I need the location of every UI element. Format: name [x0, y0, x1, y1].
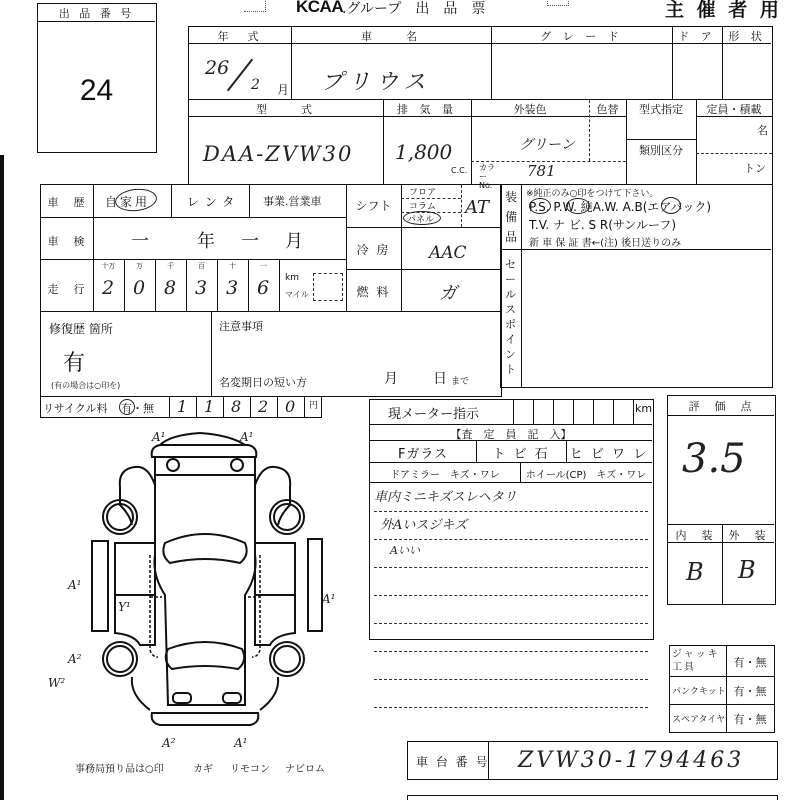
meter-unit: km [635, 402, 652, 415]
mark-left-sill: Y¹ [118, 600, 131, 614]
office-item-remote[interactable]: リモコン [230, 760, 270, 775]
form-title: .グループ 出 品 票 [342, 0, 485, 18]
color-no-value: 781 [527, 162, 556, 180]
shift-label: シフト [346, 197, 401, 214]
fuel-value: ガ [439, 279, 457, 305]
sales-point-label: セールスポイント [505, 257, 518, 377]
mark-right-door: A¹ [321, 592, 335, 606]
car-damage-diagram[interactable]: A¹ A¹ A¹ Y¹ A¹ A² W² A² A¹ [40, 425, 360, 755]
mileage-label: 走 行 [41, 281, 93, 297]
equip-ps-circle[interactable] [529, 198, 551, 214]
color-value: グリーン [519, 134, 575, 154]
inspector-note-3: Aいい [390, 542, 420, 558]
accessory-jack-label: ジャッキ工具 [672, 648, 724, 674]
month-value: 2 [251, 77, 260, 93]
lot-number-value: 24 [38, 74, 155, 108]
mileage-digit-label: 百 [186, 261, 217, 271]
scan-edge [0, 155, 4, 800]
bottom-table-edge [407, 795, 778, 800]
repair-value: 有 [63, 346, 85, 377]
accessory-puncture-value[interactable]: 有・無 [726, 683, 774, 699]
fuel-label: 燃 料 [346, 283, 401, 300]
usage-option-rental[interactable]: レンタ [187, 193, 240, 210]
repair-label: 修復歴 箇所 [49, 320, 113, 337]
capacity-unit-persons: 名 [757, 122, 768, 138]
name-change-until: まで [451, 374, 469, 387]
mirror-label[interactable]: ドアミラー キズ・ワレ [370, 466, 520, 481]
recycle-digit: 2 [258, 397, 268, 416]
exterior-value: B [738, 556, 756, 584]
mileage-digit-label: 千 [155, 261, 186, 271]
door-label: ド ア [672, 28, 722, 44]
wheel-label[interactable]: ホイール(CP) キズ・ワレ [520, 466, 652, 481]
model-value: DAA-ZVW30 [203, 142, 353, 166]
score-box: 評 価 点 3.5 内 装 外 装 B B [667, 395, 776, 605]
displacement-unit: C.C. [451, 166, 467, 175]
name-change-month: 月 [384, 368, 398, 388]
recycle-unit: 円 [309, 398, 318, 411]
name-change-label: 名変期日の短い方 [219, 374, 307, 390]
shift-value: AT [465, 197, 489, 218]
score-value: 3.5 [682, 436, 746, 482]
recycle-selected-circle [119, 399, 135, 415]
equipment-label: 装備品 [504, 187, 518, 247]
mark-rear-left: A² [161, 736, 176, 750]
meter-label: 現メーター指示 [388, 403, 479, 422]
category-label: 類別区分 [626, 142, 696, 158]
car-name-value: プリウス [321, 65, 431, 96]
shift-option-floor[interactable]: フロア [409, 185, 436, 198]
sales-point-field[interactable] [525, 253, 769, 383]
mileage-digit: 6 [257, 277, 269, 299]
type-designation-label: 型式指定 [626, 101, 696, 117]
recycle-box: リサイクル料 有・無 11820 円 [40, 396, 322, 418]
inspector-note-1: 車内ミニキズスレヘタリ [374, 486, 517, 505]
office-item-navi[interactable]: ナビロム [285, 760, 325, 775]
accessories-box: ジャッキ工具 有・無 パンクキット 有・無 スペアタイヤ 有・無 [669, 645, 775, 733]
mileage-digit: 0 [133, 277, 145, 299]
ac-value: AAC [429, 243, 467, 263]
equipment-line-3: 新 車 保 証 書←(注) 後日送りのみ [529, 234, 681, 249]
chassis-label: 車 台 番 号 [416, 753, 489, 770]
header-checkbox-right [547, 0, 569, 6]
score-label: 評 価 点 [668, 398, 774, 414]
mileage-digit-label: 十 [217, 261, 248, 271]
mileage-digit-label: 一 [248, 261, 279, 271]
interior-value: B [686, 558, 704, 586]
office-items-label: 事務局預り品は○印 [75, 760, 164, 775]
accessory-puncture-label: パンクキット [672, 684, 726, 697]
equipment-line-1: P.S. P.W. 純A.W. A.B(エアバック) [529, 198, 711, 215]
mileage-digit: 3 [226, 277, 238, 299]
mark-left-door: A¹ [67, 578, 81, 592]
recycle-digit: 1 [204, 397, 214, 416]
shift-panel-circle [403, 211, 441, 225]
repair-caution-box: 修復歴 箇所 有 (有の場合は○印を) 注意事項 名変期日の短い方 月 日 まで [40, 311, 502, 397]
recycle-label: リサイクル料 [43, 400, 107, 416]
mark-front-right: A¹ [239, 430, 253, 444]
mark-front-left: A¹ [151, 430, 165, 444]
mileage-digit: 3 [195, 277, 207, 299]
capacity-unit-tons: トン [744, 160, 766, 176]
chassis-value: ZVW30-1794463 [518, 748, 744, 773]
mileage-digit-label: 十万 [93, 261, 124, 271]
mark-left-rear: A² [67, 652, 82, 666]
repair-note: (有の場合は○印を) [51, 380, 120, 391]
mark-left-rear-w: W² [48, 676, 65, 690]
color-change-label: 色替 [589, 101, 626, 117]
usage-private-circle [114, 187, 158, 213]
shape-label: 形 状 [722, 28, 772, 44]
chassis-box: 車 台 番 号 ZVW30-1794463 [407, 741, 778, 780]
history-table: 車 歴 自家用 レンタ 事業.営業車 車 検 一 年 一 月 走 行 十万2万0… [40, 184, 502, 312]
capacity-label: 定員・積載 [696, 101, 772, 117]
inspection-label: 車 検 [41, 233, 93, 249]
office-item-key[interactable]: カギ [193, 760, 213, 775]
inspector-note-2: 外Aいスジキズ [380, 514, 467, 533]
lot-number-box: 出 品 番 号 24 [37, 3, 157, 153]
displacement-label: 排 気 量 [383, 101, 471, 117]
grade-label: グ レ ー ド [491, 28, 672, 44]
color-label: 外装色 [471, 101, 589, 117]
equip-ab-circle[interactable] [661, 197, 681, 214]
equipment-box: 装備品 ※純正のみ○印をつけて下さい。 P.S. P.W. 純A.W. A.B(… [500, 184, 773, 388]
mileage-unit-mile: マイル [285, 289, 309, 300]
mark-rear-right: A¹ [233, 736, 247, 750]
month-unit: 月 [277, 81, 289, 98]
exterior-label: 外 装 [722, 527, 774, 543]
lot-number-label: 出 品 番 号 [38, 5, 155, 21]
chip-label[interactable]: ト ビ 石 [476, 443, 566, 462]
brand-logo: KCAA [296, 0, 343, 17]
inspector-box: 現メーター指示 km 【査 定 員 記 入】 Fガラス ト ビ 石 ヒ ビ ワ … [369, 399, 654, 640]
year-label: 年 式 [189, 28, 291, 44]
recycle-digit: 0 [285, 397, 295, 416]
model-label: 型 式 [189, 101, 383, 117]
mileage-digit: 2 [102, 277, 114, 299]
inspection-value: 一 年 一 月 [131, 227, 307, 253]
year-slash [227, 59, 253, 92]
vehicle-table-model: 型 式 排 気 量 外装色 色替 型式指定 類別区分 定員・積載 名 トン DA… [188, 99, 773, 185]
name-change-day: 日 [433, 368, 447, 388]
caution-label: 注意事項 [219, 318, 263, 334]
ac-label: 冷 房 [346, 241, 401, 258]
year-value: 26 [205, 57, 229, 79]
vehicle-table-top: 年 式 車 名 グ レ ー ド ド ア 形 状 26 2 月 プリウス [188, 26, 773, 100]
mileage-unit-km: km [285, 273, 299, 283]
usage-label: 車 歴 [41, 194, 93, 210]
recycle-digit: 8 [231, 397, 241, 416]
accessory-spare-value[interactable]: 有・無 [726, 711, 774, 727]
equip-pw-circle[interactable] [566, 198, 590, 214]
mileage-unit-checkbox[interactable] [313, 273, 343, 301]
equipment-line-2: T.V. ナ ビ. S R(サンルーフ) [529, 216, 676, 233]
copy-label: 主 催 者 用 [665, 0, 782, 22]
usage-option-business[interactable]: 事業.営業車 [263, 193, 322, 209]
accessory-jack-value[interactable]: 有・無 [726, 654, 774, 670]
mileage-digit-label: 万 [124, 261, 155, 271]
header-checkbox-left [244, 0, 266, 12]
recycle-digit: 1 [177, 397, 187, 416]
accessory-spare-label: スペアタイヤ [672, 712, 725, 725]
interior-label: 内 装 [668, 527, 722, 543]
mileage-digit: 8 [164, 277, 176, 299]
car-name-label: 車 名 [291, 28, 491, 44]
displacement-value: 1,800 [395, 140, 452, 164]
glass-label[interactable]: Fガラス [370, 443, 476, 462]
crack-label[interactable]: ヒ ビ ワ レ [566, 443, 652, 462]
